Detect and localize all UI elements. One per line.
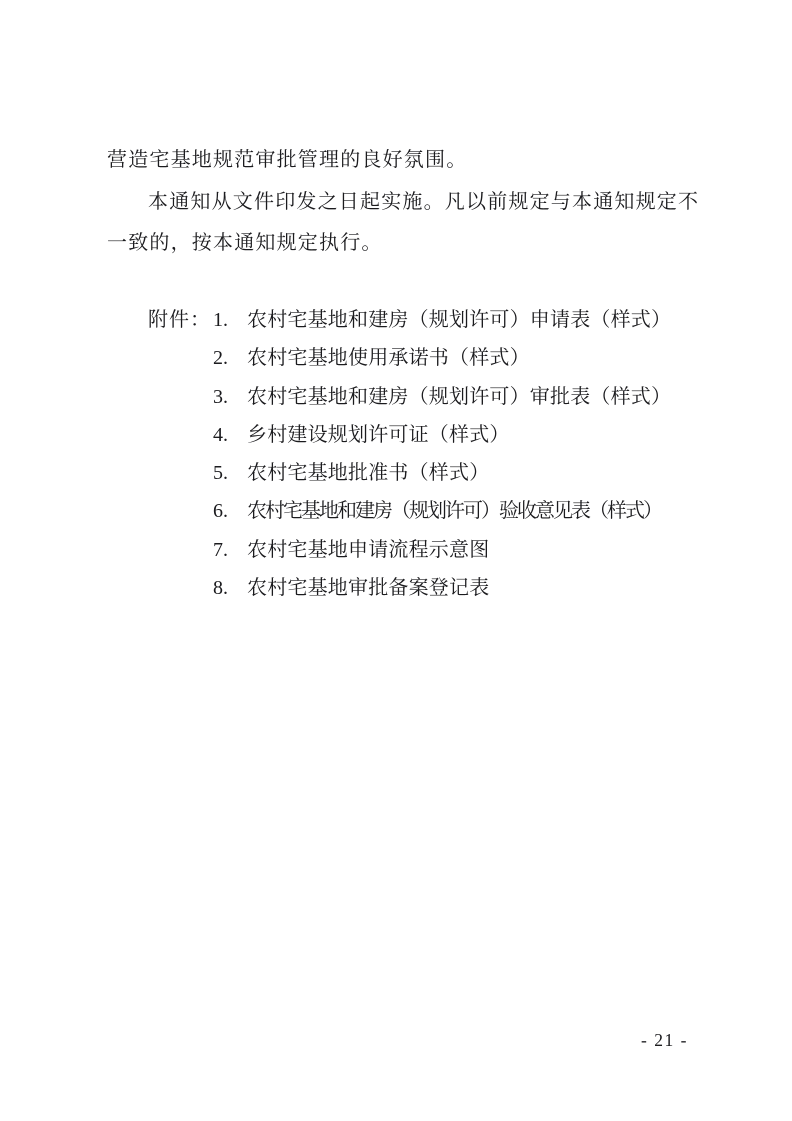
paragraph-implementation-line-1: 本通知从文件印发之日起实施。凡以前规定与本通知规定不	[107, 182, 699, 223]
attachment-item-1: 1. 农村宅基地和建房（规划许可）申请表（样式）	[213, 301, 671, 339]
attachment-number: 8.	[213, 569, 247, 607]
attachment-title: 农村宅基地审批备案登记表	[247, 569, 489, 607]
attachment-number: 4.	[213, 416, 247, 454]
attachment-number: 2.	[213, 339, 247, 377]
attachment-title: 农村宅基地和建房（规划许可）审批表（样式）	[247, 378, 671, 416]
attachment-title: 农村宅基地申请流程示意图	[247, 531, 489, 569]
paragraph-closing-line: 营造宅基地规范审批管理的良好氛围。	[107, 140, 467, 181]
attachment-item-2: 2. 农村宅基地使用承诺书（样式）	[213, 339, 671, 377]
attachment-title: 农村宅基地和建房（规划许可）申请表（样式）	[247, 301, 671, 339]
attachment-item-8: 8. 农村宅基地审批备案登记表	[213, 569, 671, 607]
attachments-section: 附件： 1. 农村宅基地和建房（规划许可）申请表（样式） 2. 农村宅基地使用承…	[148, 301, 671, 607]
document-page: 营造宅基地规范审批管理的良好氛围。 本通知从文件印发之日起实施。凡以前规定与本通…	[0, 0, 792, 1121]
attachment-number: 3.	[213, 378, 247, 416]
paragraph-implementation: 本通知从文件印发之日起实施。凡以前规定与本通知规定不 一致的，按本通知规定执行。	[107, 182, 699, 264]
attachment-number: 5.	[213, 454, 247, 492]
attachment-title: 乡村建设规划许可证（样式）	[247, 416, 510, 454]
attachment-number: 1.	[213, 301, 247, 339]
attachment-title: 农村宅基地使用承诺书（样式）	[247, 339, 530, 377]
attachment-item-5: 5. 农村宅基地批准书（样式）	[213, 454, 671, 492]
attachments-list: 1. 农村宅基地和建房（规划许可）申请表（样式） 2. 农村宅基地使用承诺书（样…	[213, 301, 671, 607]
attachment-item-4: 4. 乡村建设规划许可证（样式）	[213, 416, 671, 454]
attachment-number: 6.	[213, 492, 247, 530]
attachment-item-3: 3. 农村宅基地和建房（规划许可）审批表（样式）	[213, 378, 671, 416]
attachment-item-6: 6. 农村宅基地和建房（规划许可）验收意见表（样式）	[213, 492, 671, 530]
attachment-title: 农村宅基地批准书（样式）	[247, 454, 489, 492]
attachment-number: 7.	[213, 531, 247, 569]
paragraph-implementation-line-2: 一致的，按本通知规定执行。	[107, 223, 699, 264]
attachment-title: 农村宅基地和建房（规划许可）验收意见表（样式）	[247, 492, 661, 530]
page-number: - 21 -	[641, 1029, 688, 1051]
attachment-item-7: 7. 农村宅基地申请流程示意图	[213, 531, 671, 569]
attachments-label: 附件：	[148, 301, 213, 339]
